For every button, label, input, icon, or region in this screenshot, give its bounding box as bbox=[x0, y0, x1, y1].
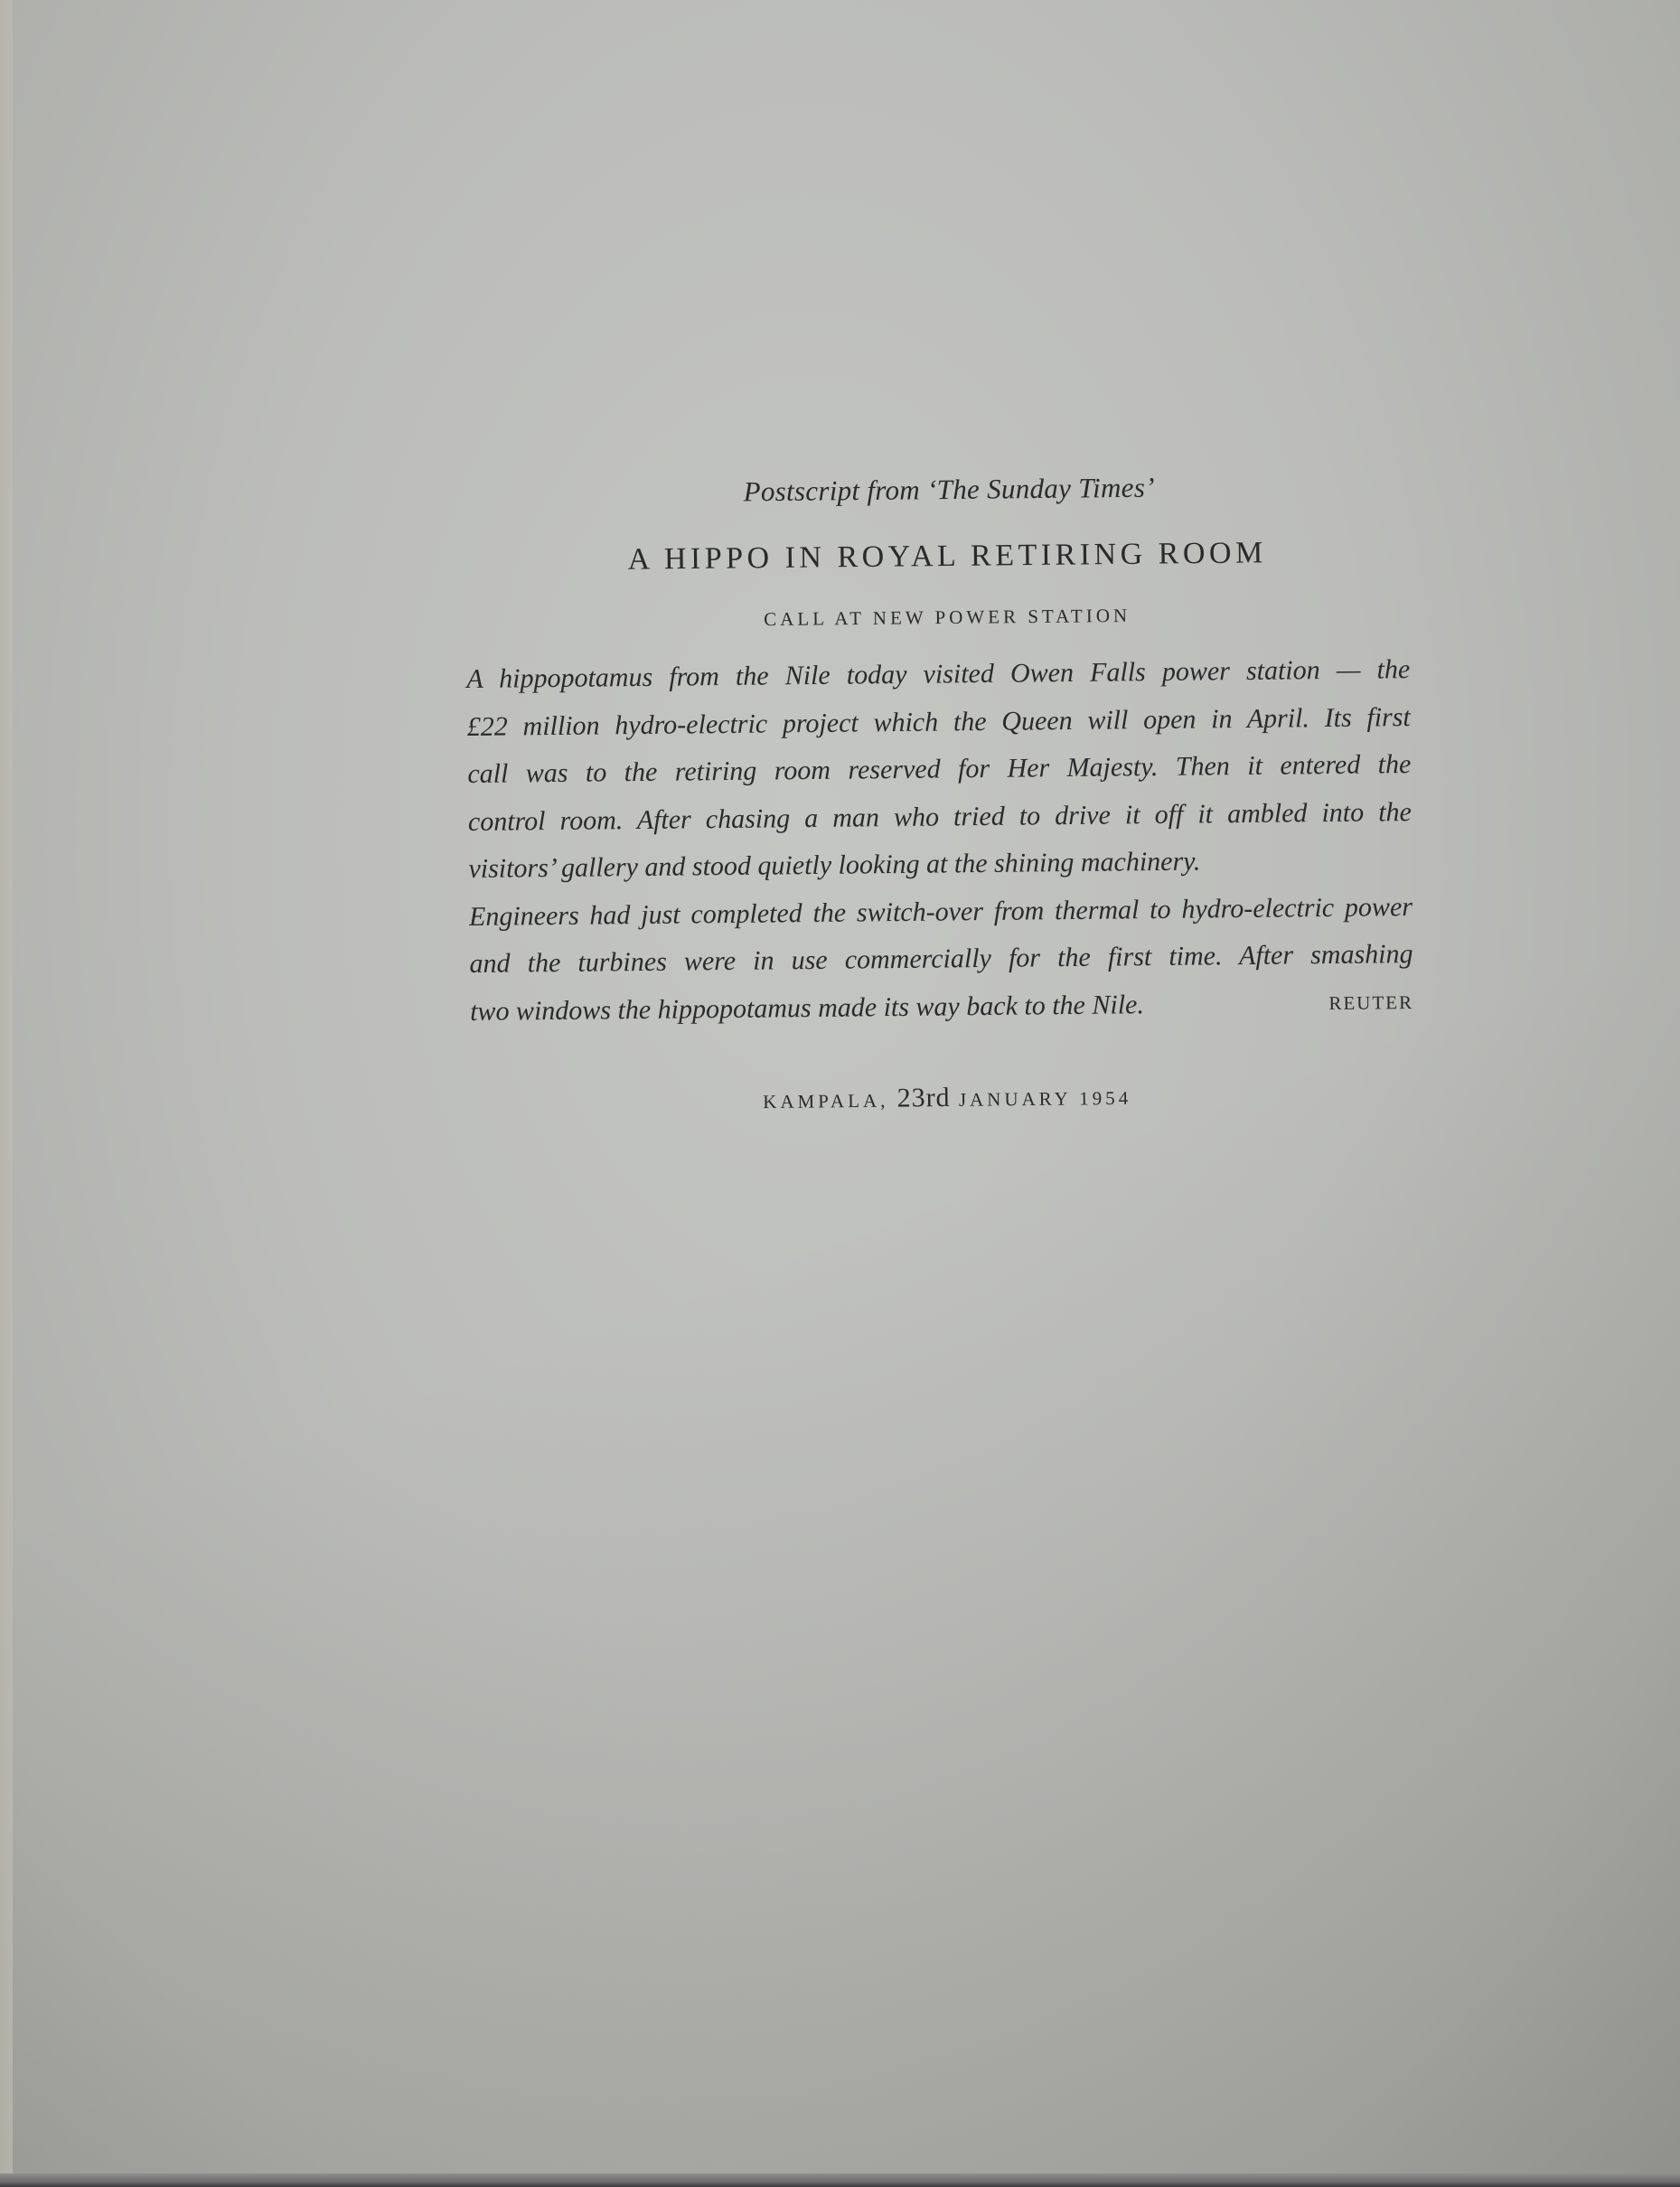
article-body: A hippopotamus from the Nile today visit… bbox=[466, 646, 1413, 1036]
dateline-month-year: JANUARY 1954 bbox=[959, 1087, 1132, 1111]
body-line: two windows the hippopotamus made its wa… bbox=[470, 990, 1144, 1027]
article-byline: REUTER bbox=[1328, 979, 1413, 1027]
page-bottom-edge bbox=[0, 2173, 1680, 2187]
body-line: control room. After chasing a man who tr… bbox=[468, 789, 1412, 846]
body-line-final: two windows the hippopotamus made its wa… bbox=[470, 979, 1413, 1036]
dateline-day: 23rd bbox=[896, 1083, 950, 1113]
page-left-edge bbox=[0, 0, 13, 2173]
dateline-place: KAMPALA, bbox=[763, 1090, 888, 1112]
